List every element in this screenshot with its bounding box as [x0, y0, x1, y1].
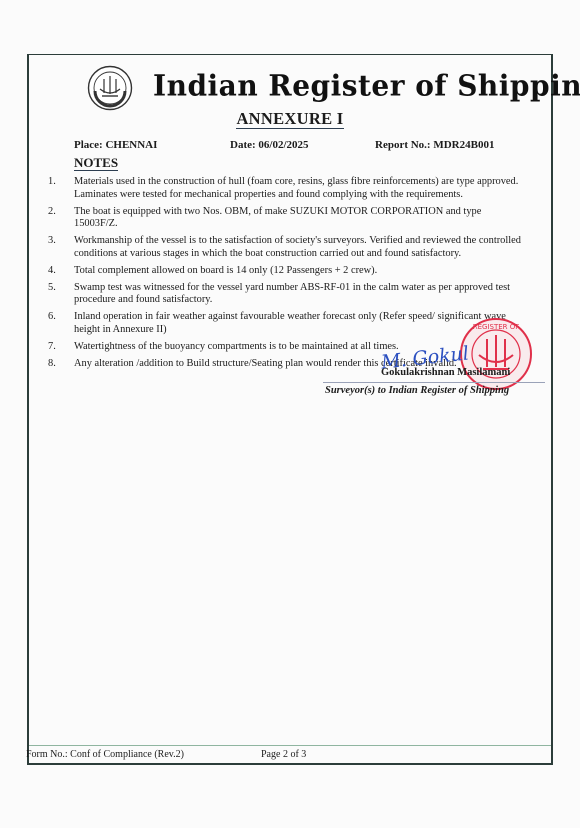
- organization-name: Indian Register of Shipping: [153, 68, 580, 103]
- notes-heading: NOTES: [74, 155, 118, 171]
- page-number: Page 2 of 3: [261, 749, 306, 760]
- document-frame: Indian Register of Shipping ANNEXURE I P…: [27, 54, 553, 765]
- form-number: Form No.: Conf of Compliance (Rev.2): [26, 749, 184, 760]
- note-item: 5.Swamp test was witnessed for the vesse…: [29, 282, 551, 307]
- note-item: 1.Materials used in the construction of …: [29, 176, 551, 201]
- svg-text:REGISTER OF: REGISTER OF: [473, 323, 520, 331]
- letterhead: Indian Register of Shipping: [85, 59, 525, 109]
- report-number-field: Report No.: MDR24B001: [375, 139, 494, 151]
- irs-official-stamp-icon: REGISTER OF: [459, 317, 533, 391]
- note-item: 3.Workmanship of the vessel is to the sa…: [29, 235, 551, 260]
- place-field: Place: CHENNAI: [74, 139, 157, 151]
- signature-divider: [323, 382, 545, 383]
- note-item: 2.The boat is equipped with two Nos. OBM…: [29, 206, 551, 231]
- signature-block: REGISTER OF M. Gokul Gokulakrishnan Masi…: [319, 317, 551, 397]
- surveyor-role: Surveyor(s) to Indian Register of Shippi…: [325, 385, 509, 396]
- footer-divider: [29, 745, 551, 746]
- irs-emblem-icon: [87, 65, 133, 111]
- surveyor-name: Gokulakrishnan Masilamani: [381, 367, 510, 378]
- date-field: Date: 06/02/2025: [230, 139, 309, 151]
- note-item: 4.Total complement allowed on board is 1…: [29, 265, 551, 278]
- page-title: ANNEXURE I: [29, 109, 551, 129]
